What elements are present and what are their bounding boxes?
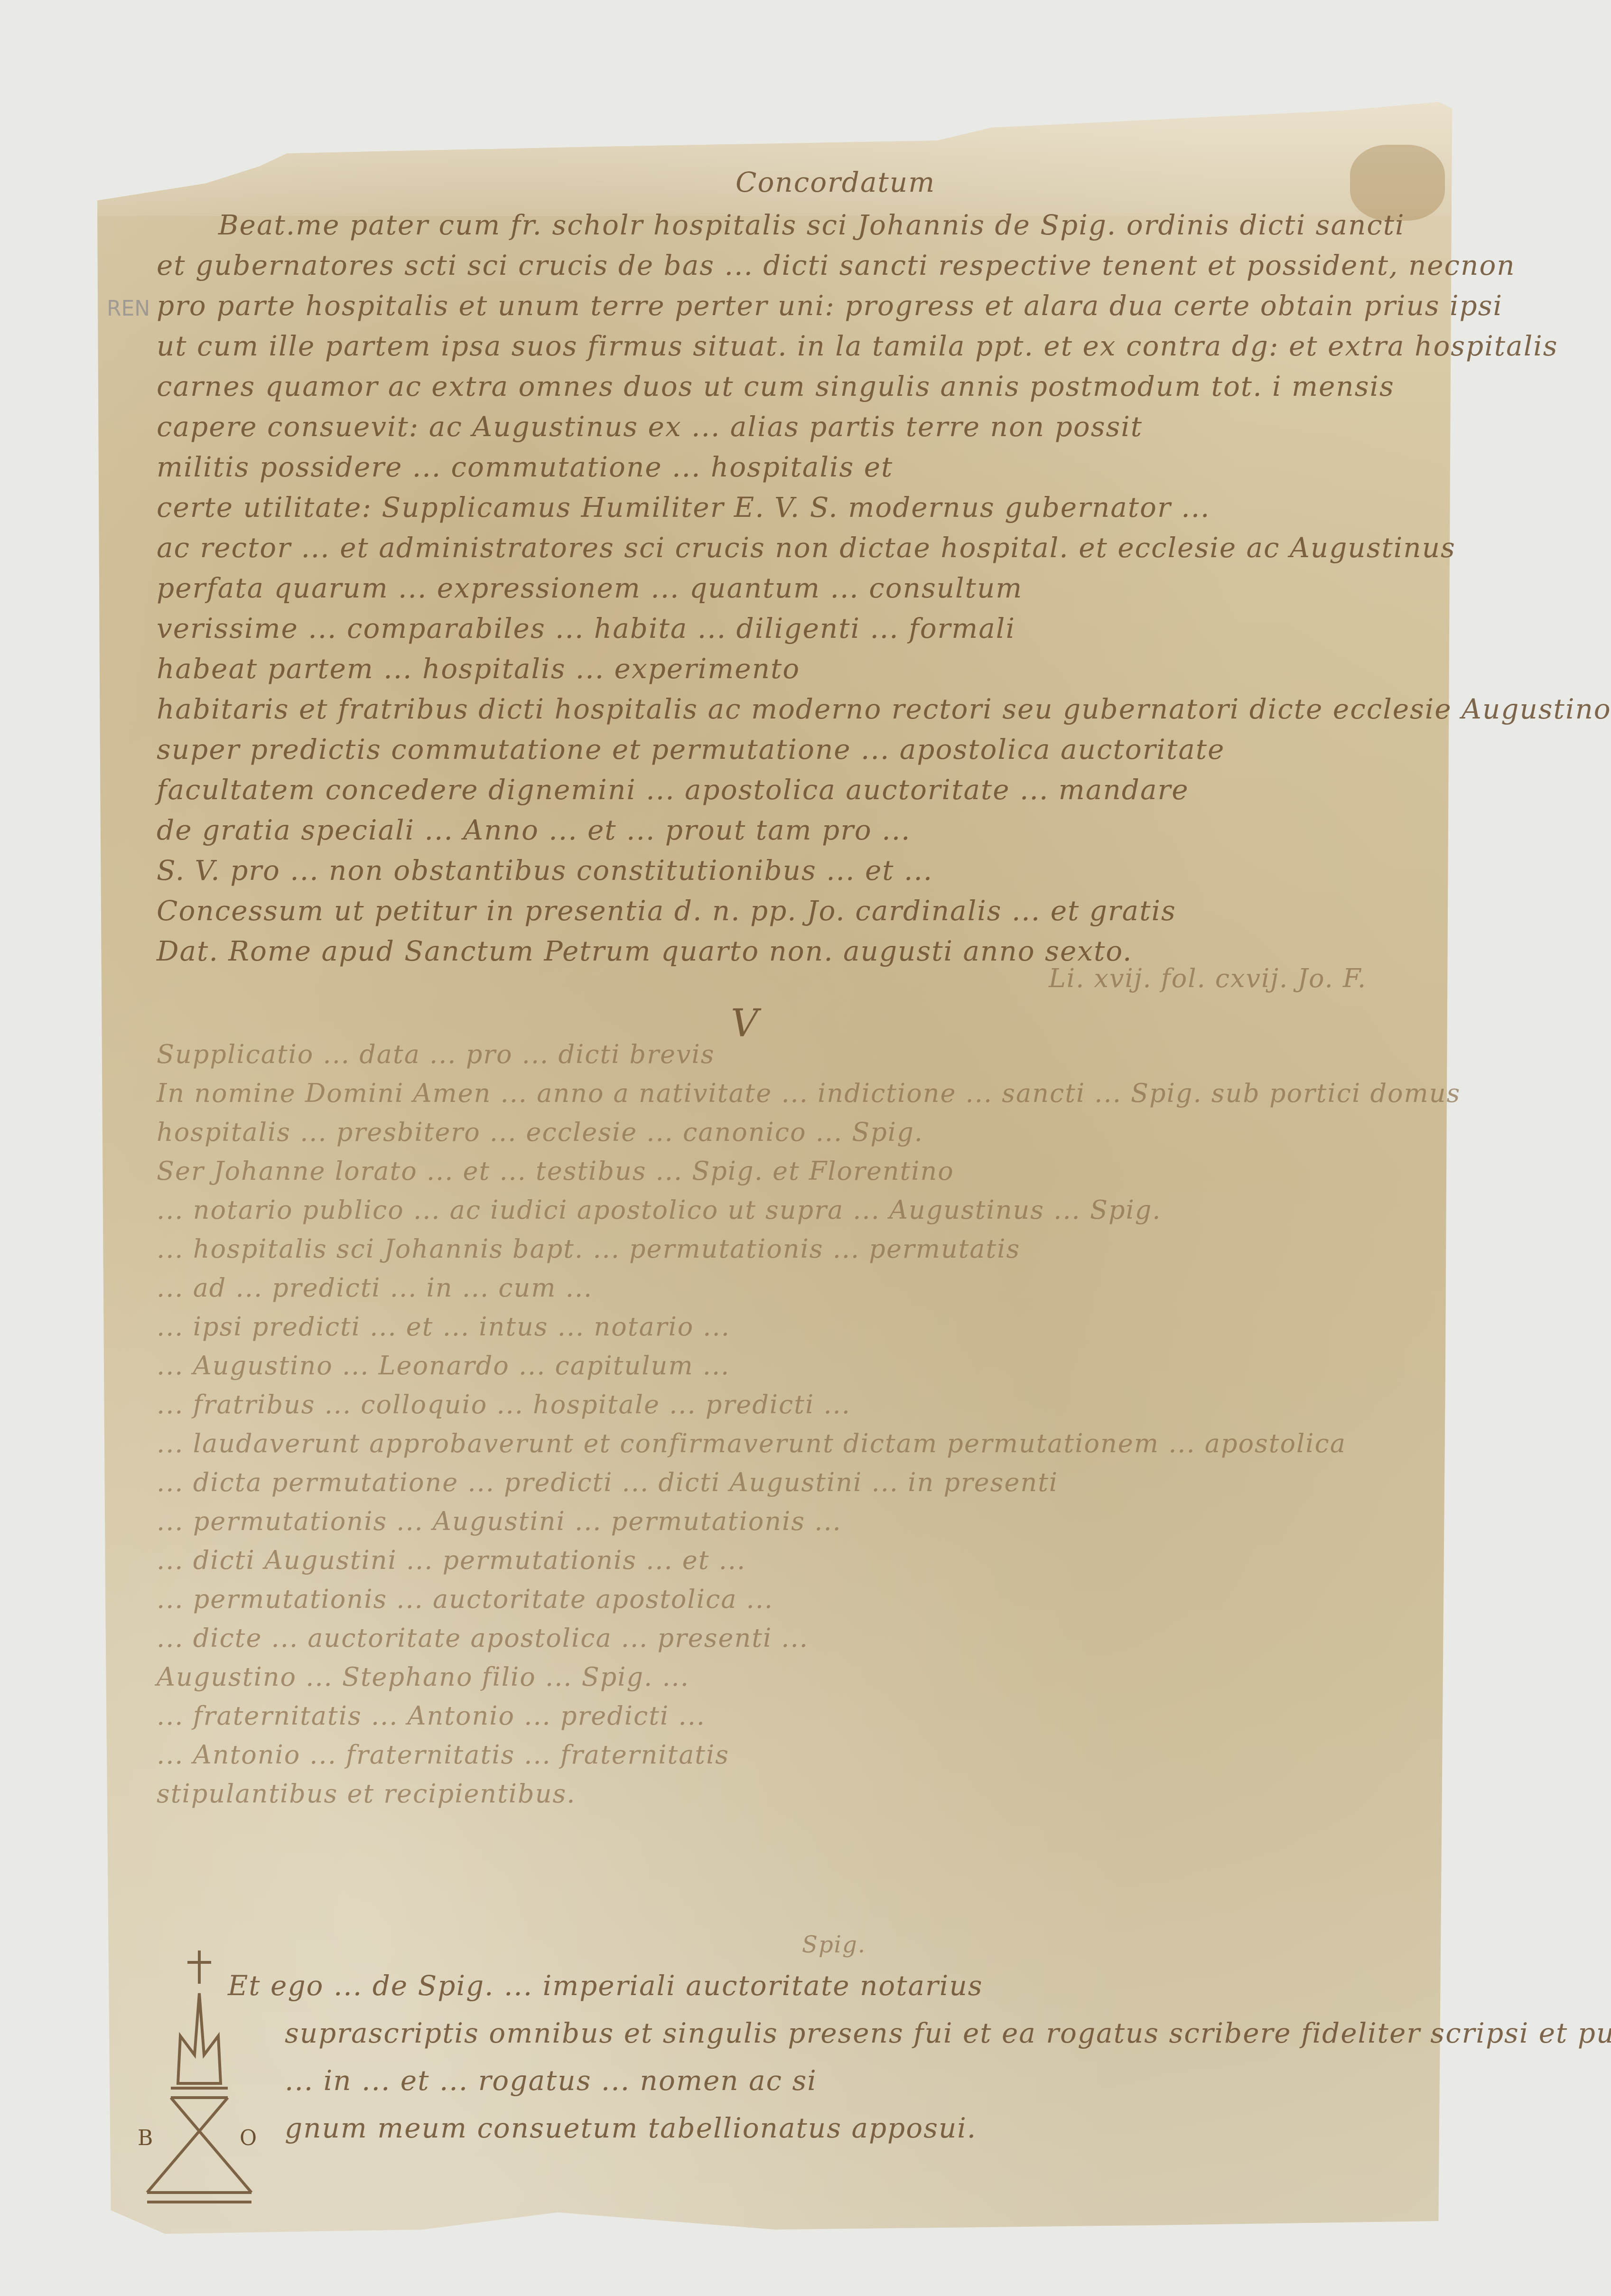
text-line: ... Antonio ... fraternitatis ... frater… xyxy=(157,1740,729,1770)
text-line: ... dicte ... auctoritate apostolica ...… xyxy=(157,1623,809,1653)
text-line: Supplicatio ... data ... pro ... dicti b… xyxy=(157,1039,715,1069)
text-line: ... permutationis ... auctoritate aposto… xyxy=(157,1584,773,1614)
text-line: capere consuevit: ac Augustinus ex ... a… xyxy=(157,411,1143,443)
text-line: ac rector ... et administratores sci cru… xyxy=(157,532,1456,564)
svg-text:O: O xyxy=(240,2126,257,2150)
text-line: de gratia speciali ... Anno ... et ... p… xyxy=(157,814,911,846)
text-line: ... dicta permutatione ... predicti ... … xyxy=(157,1467,1058,1497)
notary-line: gnum meum consuetum tabellionatus apposu… xyxy=(285,2112,977,2144)
text-line: ... fraternitatis ... Antonio ... predic… xyxy=(157,1701,706,1731)
text-line: In nomine Domini Amen ... anno a nativit… xyxy=(157,1078,1461,1108)
marginal-note: Spig. xyxy=(802,1932,866,1958)
text-line: ... ad ... predicti ... in ... cum ... xyxy=(157,1273,593,1303)
notary-line: ... in ... et ... rogatus ... nomen ac s… xyxy=(285,2064,817,2097)
text-line: super predictis commutatione et permutat… xyxy=(157,733,1225,765)
text-line: ... notario publico ... ac iudici aposto… xyxy=(157,1195,1161,1225)
text-line: et gubernatores scti sci crucis de bas .… xyxy=(157,249,1516,281)
text-line: ... Augustino ... Leonardo ... capitulum… xyxy=(157,1351,730,1381)
text-line: ... hospitalis sci Johannis bapt. ... pe… xyxy=(157,1234,1020,1264)
text-line: ... ipsi predicti ... et ... intus ... n… xyxy=(157,1312,730,1342)
text-line: Concessum ut petitur in presentia d. n. … xyxy=(157,895,1176,927)
heading: Concordatum xyxy=(736,166,935,198)
register-note: Li. xvij. fol. cxvij. Jo. F. xyxy=(1049,963,1367,993)
notary-sign-icon: B O xyxy=(138,1946,261,2212)
text-line: hospitalis ... presbitero ... ecclesie .… xyxy=(157,1117,923,1147)
notary-line: suprascriptis omnibus et singulis presen… xyxy=(285,2017,1611,2049)
text-line: Ser Johanne lorato ... et ... testibus .… xyxy=(157,1156,954,1186)
text-line: pro parte hospitalis et unum terre perte… xyxy=(157,289,1503,322)
text-line: habitaris et fratribus dicti hospitalis … xyxy=(157,693,1611,725)
text-line: S. V. pro ... non obstantibus constituti… xyxy=(157,854,933,887)
text-line: certe utilitate: Supplicamus Humiliter E… xyxy=(157,491,1211,523)
text-line: ... fratribus ... colloquio ... hospital… xyxy=(157,1390,851,1419)
archive-mark: REN xyxy=(107,297,150,321)
text-line: ... dicti Augustini ... permutationis ..… xyxy=(157,1545,746,1575)
text-line: ut cum ille partem ipsa suos firmus situ… xyxy=(157,330,1558,362)
text-line: ... laudaverunt approbaverunt et confirm… xyxy=(157,1428,1346,1458)
text-line: perfata quarum ... expressionem ... quan… xyxy=(157,572,1023,604)
notary-line: Et ego ... de Spig. ... imperiali auctor… xyxy=(228,1969,983,2002)
text-line: Dat. Rome apud Sanctum Petrum quarto non… xyxy=(157,935,1133,967)
text-line: facultatem concedere dignemini ... apost… xyxy=(157,774,1189,806)
text-line: stipulantibus et recipientibus. xyxy=(157,1779,576,1809)
text-line: verissime ... comparabiles ... habita ..… xyxy=(157,612,1015,644)
center-mark: V xyxy=(731,1001,759,1045)
folded-top-edge xyxy=(97,102,1452,216)
text-line: Beat.me pater cum fr. scholr hospitalis … xyxy=(218,209,1405,241)
text-line: carnes quamor ac extra omnes duos ut cum… xyxy=(157,370,1395,402)
text-line: militis possidere ... commutatione ... h… xyxy=(157,451,893,483)
text-line: ... permutationis ... Augustini ... perm… xyxy=(157,1506,842,1536)
svg-text:B: B xyxy=(138,2126,153,2150)
text-line: habeat partem ... hospitalis ... experim… xyxy=(157,653,800,685)
text-line: Augustino ... Stephano filio ... Spig. .… xyxy=(157,1662,689,1692)
